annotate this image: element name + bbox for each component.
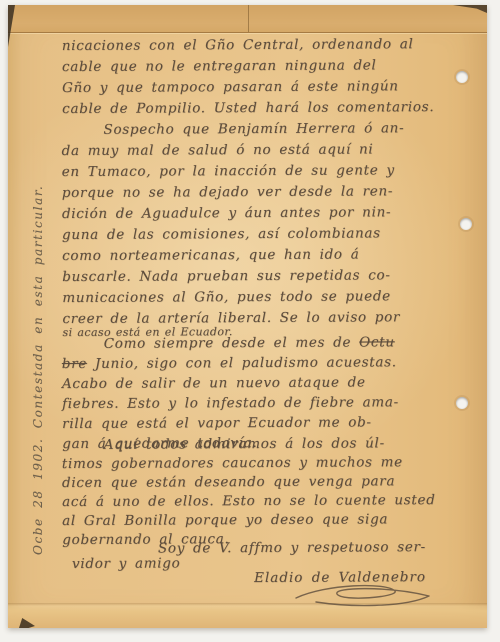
letter-page: Ocbe 28 1902. Contestada en esta particu… — [8, 5, 487, 628]
paragraph-2: Sospecho que Benjamín Herrera ó an- da m… — [61, 118, 464, 339]
paragraph-1: nicaciones con el Gño Central, ordenando… — [62, 34, 464, 120]
line-text: Como siempre desde el mes de — [104, 334, 359, 351]
signature-flourish — [286, 581, 436, 613]
letter-line: cable que no le entregaran ninguna del — [62, 55, 464, 78]
letter-line: fiebres. Esto y lo infestado de fiebre a… — [62, 392, 464, 414]
letter-line: timos gobernadores caucanos y muchos me — [62, 453, 464, 474]
struck-word: Octu — [359, 334, 395, 350]
letter-line: Acabo de salir de un nuevo ataque de — [62, 372, 464, 394]
struck-word: bre — [62, 356, 87, 372]
letter-line: porque no se ha dejado ver desde la ren- — [62, 181, 464, 204]
scan-background: Ocbe 28 1902. Contestada en esta particu… — [0, 0, 500, 642]
letter-line: cable de Pompilio. Usted hará los coment… — [62, 97, 464, 120]
paragraph-4: Aquí todos admiramos á los dos úl- timos… — [62, 434, 465, 550]
letter-line: al Gral Bonilla porque yo deseo que siga — [62, 510, 464, 531]
letter-line: acá á uno de ellos. Esto no se lo cuente… — [62, 491, 464, 512]
letter-line: Gño y que tampoco pasaran á este ningún — [62, 76, 464, 99]
letter-line: dicen que están deseando que venga para — [62, 472, 464, 493]
letter-line: Aquí todos admiramos á los dos úl- — [62, 434, 464, 455]
letter-line: buscarle. Nada prueban sus repetidas co- — [62, 265, 464, 288]
letter-line: municaciones al Gño, pues todo se puede — [62, 286, 464, 309]
letter-line: bre Junio, sigo con el paludismo acuesta… — [62, 352, 464, 374]
top-fold-crease — [248, 5, 249, 32]
letter-line: Sospecho que Benjamín Herrera ó an- — [61, 118, 463, 141]
margin-annotation: Ocbe 28 1902. Contestada en esta particu… — [31, 125, 61, 555]
line-text: Junio, sigo con el paludismo acuestas. — [87, 354, 397, 372]
letter-line: nicaciones con el Gño Central, ordenando… — [62, 34, 464, 57]
letter-line: guna de las comisiones, así colombianas — [62, 223, 464, 246]
letter-line: dición de Aguadulce y áun antes por nin- — [62, 202, 464, 225]
closing-block: Soy de V. affmo y respetuoso ser- vidor … — [62, 540, 464, 587]
letter-line: rilla que está el vapor Ecuador me ob- — [62, 412, 464, 434]
letter-line: da muy mal de salud ó no está aquí ni — [62, 139, 464, 162]
letter-line: en Tumaco, por la inacción de su gente y — [62, 160, 464, 183]
letter-line: Como siempre desde el mes de Octu — [62, 332, 464, 354]
closing-line: Soy de V. affmo y respetuoso ser- — [62, 540, 464, 557]
letter-line: como norteamericanas, que han ido á — [62, 244, 464, 267]
